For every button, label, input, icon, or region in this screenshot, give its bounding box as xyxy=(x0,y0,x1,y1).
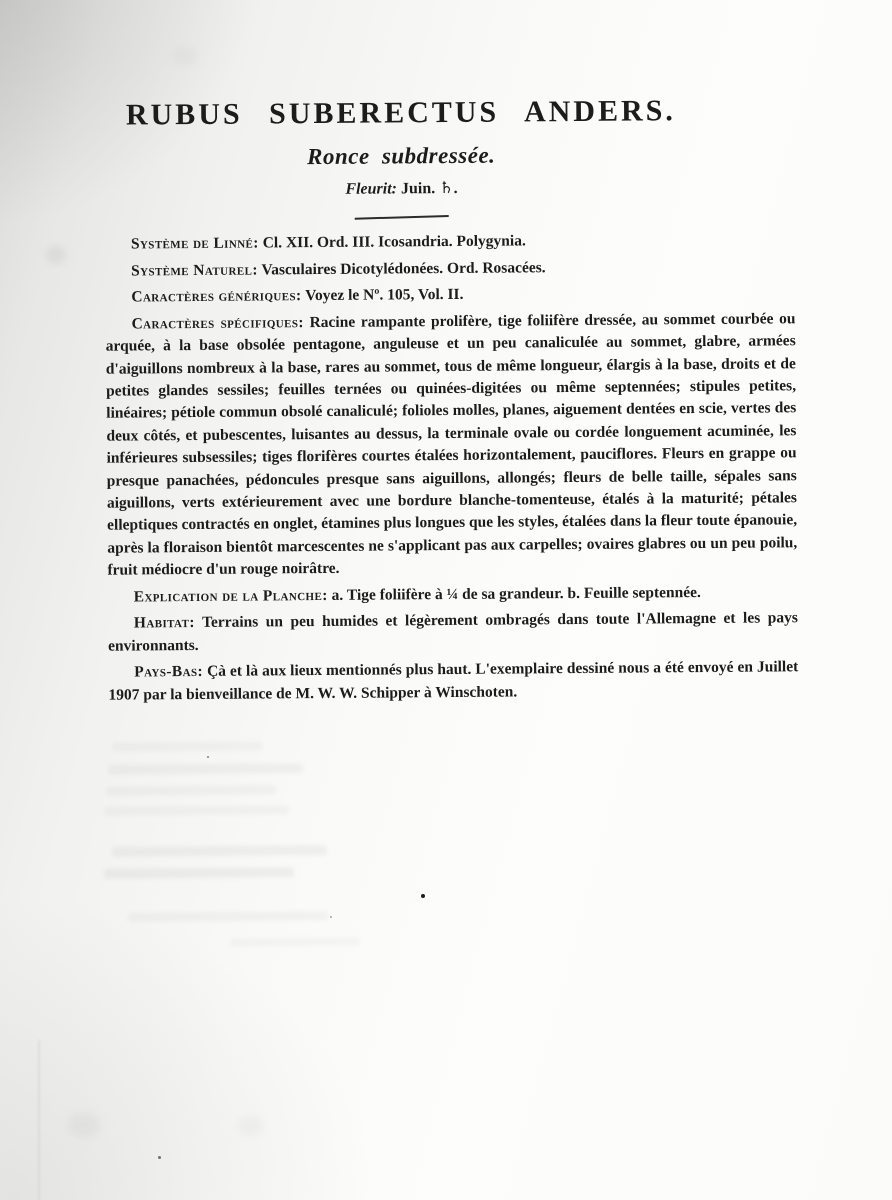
section-label: Système de Linné: xyxy=(131,234,259,252)
flowering-label: Fleurit: xyxy=(345,180,397,197)
section-label: Caractères génériques: xyxy=(131,287,301,305)
bleedthrough-line xyxy=(230,937,360,946)
section-pays-bas: Pays-Bas: Çà et là aux lieux mentionnés … xyxy=(108,657,798,707)
bleedthrough-line xyxy=(106,785,276,795)
section-label: Système Naturel: xyxy=(131,261,258,279)
section-text: Çà et là aux lieux mentionnés plus haut.… xyxy=(108,659,798,704)
page-content: RUBUS SUBERECTUS ANDERS. Ronce subdressé… xyxy=(0,0,892,4)
section-habitat: Habitat: Terrains un peu humides et légè… xyxy=(108,608,798,658)
flowering-value: Juin. ♄. xyxy=(401,180,458,197)
page-header: RUBUS SUBERECTUS ANDERS. Ronce subdressé… xyxy=(89,94,714,221)
ink-speck xyxy=(207,756,209,758)
paper-crease xyxy=(38,1040,40,1200)
section-text: Voyez le Nº. 105, Vol. II. xyxy=(305,286,463,304)
vernacular-name: Ronce subdressée. xyxy=(89,140,713,173)
paper-smudge xyxy=(46,246,66,264)
paper-smudge xyxy=(172,46,198,66)
bleedthrough-line xyxy=(104,805,289,816)
species-title: RUBUS SUBERECTUS ANDERS. xyxy=(89,94,713,133)
bleedthrough-line xyxy=(112,845,327,857)
ink-speck xyxy=(158,1156,161,1159)
section-label: Pays-Bas: xyxy=(134,663,203,681)
section-systeme-naturel: Système Naturel: Vasculaires Dicotylédon… xyxy=(105,255,795,283)
section-label: Caractères spécifiques: xyxy=(131,314,304,332)
section-explication-planche: Explication de la Planche: a. Tige folii… xyxy=(108,581,798,609)
section-text: a. Tige foliifère à ¼ de sa grandeur. b.… xyxy=(332,584,701,604)
ink-speck xyxy=(330,916,332,918)
ink-speck xyxy=(421,894,425,898)
section-text: Vasculaires Dicotylédonées. Ord. Rosacée… xyxy=(261,259,545,278)
section-systeme-linne: Système de Linné: Cl. XII. Ord. III. Ico… xyxy=(105,228,795,256)
section-label: Habitat: xyxy=(134,614,195,631)
paper-smudge xyxy=(238,1116,264,1136)
bleedthrough-line xyxy=(112,741,262,751)
flowering-line: Fleurit: Juin. ♄. xyxy=(89,177,713,202)
section-text: Cl. XII. Ord. III. Icosandria. Polygynia… xyxy=(263,232,526,251)
section-text: Racine rampante prolifère, tige foliifèr… xyxy=(106,310,798,579)
bleedthrough-line xyxy=(104,867,294,879)
section-label: Explication de la Planche: xyxy=(134,587,328,606)
section-caracteres-specifiques: Caractères spécifiques: Racine rampante … xyxy=(105,308,797,582)
separator-rule xyxy=(355,215,449,220)
section-caracteres-generiques: Caractères génériques: Voyez le Nº. 105,… xyxy=(105,281,795,309)
scanned-page: RUBUS SUBERECTUS ANDERS. Ronce subdressé… xyxy=(0,0,892,1200)
paper-smudge xyxy=(68,1112,100,1138)
bleedthrough-line xyxy=(128,911,328,922)
section-text: Terrains un peu humides et légèrement om… xyxy=(108,610,798,655)
bleedthrough-line xyxy=(108,763,303,775)
description-body: Système de Linné: Cl. XII. Ord. III. Ico… xyxy=(105,228,799,711)
